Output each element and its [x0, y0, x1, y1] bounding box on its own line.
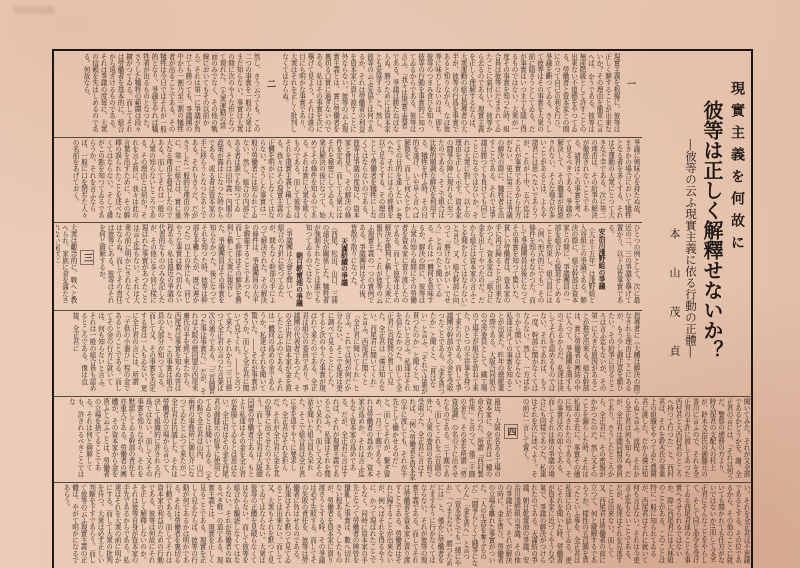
article-text: 指導者に（大體は解決の際）なされる理由はここにあるが、もう少し御注意を願ひたい。…	[71, 312, 641, 395]
band-divider	[54, 222, 642, 223]
article-text: （爭議團は大會を開いて、組合の方針に從つてゐたが、間もなく幹部の手によつて解決さ…	[97, 224, 293, 309]
band-divider	[54, 396, 751, 397]
article-text: 然し、さう云つても、この二つの事實を一般の大衆はまだ知らない。事實は大衆の間に次…	[82, 53, 261, 135]
subheading-tenma-dispute: 天滿紡績の爭議	[338, 224, 349, 309]
text-band-4: 指導者に（大體は解決の際）なされる理由はここにあるが、もう少し御注意を願ひたい。…	[56, 312, 640, 395]
section-marker: 一	[620, 53, 640, 135]
band-divider	[54, 137, 642, 138]
headline: 彼等は正しく解釋せないか？	[700, 53, 724, 395]
section-marker-box: 四	[504, 424, 518, 439]
article-text: 大衆は觀念的に、戰へと教へられ、家族に食を滿たされない窮状に	[56, 224, 77, 309]
frame-left-rule	[52, 49, 54, 568]
section-marker: 二	[260, 53, 280, 135]
band-divider	[54, 482, 751, 483]
text-band-6: い。それを全正君は不思議であるとする。その位であるから、その他のことに就いても聞…	[56, 484, 750, 568]
headline-kicker: 現實主義を何故に	[724, 53, 750, 395]
subtitle: ―彼等の云ふ現實主義に依る行動の正體―	[682, 53, 700, 395]
subheading-ajikawa-dispute: 安治川淺野組の爭議	[595, 224, 606, 309]
text-band-2: 爭議に興味心を持たぬ故、まさかの場合において犠牲となる者を多くする。それは全運動…	[56, 139, 640, 221]
article-text: 現實主義を根據に、彼等は正しく解することが出來ないか？その理由を簡單に言へば、か…	[280, 53, 620, 135]
text-band-5: 聞いてみた。それが又全部であるかどうかを。謝。全正君の言には、「それは何うだ。警…	[56, 398, 750, 481]
article-text: （大正十五年）は淺野組と入谷組との爭議である。解決の際に、組合幹部は資本家との間…	[349, 224, 596, 309]
section-marker: 四	[501, 398, 521, 481]
frame-top-rule	[52, 49, 753, 51]
text-band-3: ひとつの例として、次に最近の二、三の爭議を擧げて置かう。以下は皆事實である。 安…	[56, 224, 640, 309]
article-text: （西尾、松田、山口、三浦の諸氏が關係した。犠牲者が強制されたことは誰でも知つてゐ…	[304, 224, 338, 309]
article-text: い。それを全正君は不思議であるとする。その位であるから、その他のことに就いても聞…	[62, 484, 751, 568]
frame-right-rule	[751, 49, 753, 568]
article-text: 爭議に興味心を持たぬ故、まさかの場合において犠牲となる者を多くする。それは全運動…	[71, 139, 641, 221]
article-text: 聞いてみた。それが又全部であるかどうかを。謝。全正君の言には、「それは何うだ。警…	[521, 398, 751, 481]
band-divider	[54, 310, 642, 311]
article-text: 最近、大阪の名ある工場の資本家に、全正君は一種の命を行つた。所謂「西村製作所」と…	[67, 398, 501, 481]
archive-stamp	[14, 6, 54, 14]
subheading-asahi-dispute: 朝日乾電池の爭議	[293, 224, 304, 309]
article-title-block: 現實主義を何故に 彼等は正しく解釋せないか？ ―彼等の云ふ現實主義に依る行動の正…	[640, 53, 750, 395]
article-text: ひとつの例として、次に最近の二、三の爭議を擧げて置かう。以下は皆事實である。	[606, 224, 640, 309]
author-byline: 本山茂貞	[666, 53, 682, 395]
section-marker: 三	[77, 224, 97, 309]
section-marker-box: 三	[80, 250, 94, 265]
text-band-1: 一 現實主義を根據に、彼等は正しく解することが出來ないか？その理由を簡單に言へば…	[56, 53, 640, 135]
